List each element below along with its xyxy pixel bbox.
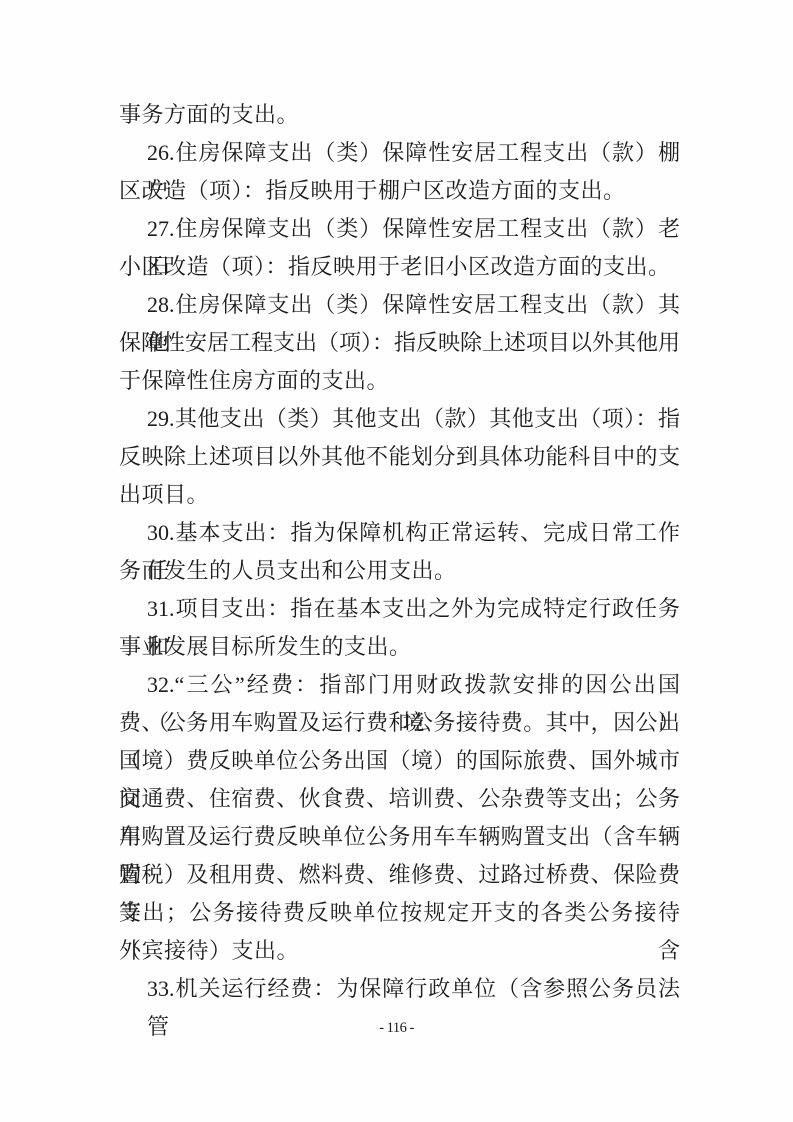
document-text-line: 交通费、住宿费、伙食费、培训费、公杂费等支出；公务用 xyxy=(119,780,680,818)
document-text-line: 32.“三公”经费：指部门用财政拨款安排的因公出国（境） xyxy=(119,666,680,704)
document-text-line: 31.项目支出：指在基本支出之外为完成特定行政任务和 xyxy=(119,590,680,628)
document-text-line: 反映除上述项目以外其他不能划分到具体功能科目中的支 xyxy=(119,438,680,476)
document-text-line: 27.住房保障支出（类）保障性安居工程支出（款）老旧 xyxy=(119,210,680,248)
document-text-line: 于保障性住房方面的支出。 xyxy=(119,362,680,400)
document-text-line: 事业发展目标所发生的支出。 xyxy=(119,628,680,666)
document-text-line: 29.其他支出（类）其他支出（款）其他支出（项）：指 xyxy=(119,400,680,438)
document-text-line: 26.住房保障支出（类）保障性安居工程支出（款）棚户 xyxy=(119,134,680,172)
document-text-line: 车购置及运行费反映单位公务用车车辆购置支出（含车辆购 xyxy=(119,818,680,856)
document-text-line: 28.住房保障支出（类）保障性安居工程支出（款）其他 xyxy=(119,286,680,324)
document-text-line: 30.基本支出：指为保障机构正常运转、完成日常工作任 xyxy=(119,514,680,552)
document-text-line: 小区改造（项）：指反映用于老旧小区改造方面的支出。 xyxy=(119,248,680,286)
document-text-line: 区改造（项）：指反映用于棚户区改造方面的支出。 xyxy=(119,172,680,210)
document-page: 事务方面的支出。26.住房保障支出（类）保障性安居工程支出（款）棚户区改造（项）… xyxy=(0,0,793,1122)
document-text-line: 33.机关运行经费：为保障行政单位（含参照公务员法管 xyxy=(119,970,680,1008)
document-text-line: 支出；公务接待费反映单位按规定开支的各类公务接待（含 xyxy=(119,894,680,932)
document-text-line: （境）费反映单位公务出国（境）的国际旅费、国外城市间 xyxy=(119,742,680,780)
page-number: - 116 - xyxy=(0,1020,793,1037)
document-text-line: 保障性安居工程支出（项）：指反映除上述项目以外其他用 xyxy=(119,324,680,362)
document-text-line: 费、公务用车购置及运行费和公务接待费。其中，因公出国 xyxy=(119,704,680,742)
document-text-body: 事务方面的支出。26.住房保障支出（类）保障性安居工程支出（款）棚户区改造（项）… xyxy=(119,96,680,1008)
document-text-line: 务而发生的人员支出和公用支出。 xyxy=(119,552,680,590)
document-text-line: 置税）及租用费、燃料费、维修费、过路过桥费、保险费等 xyxy=(119,856,680,894)
document-text-line: 事务方面的支出。 xyxy=(119,96,680,134)
document-text-line: 出项目。 xyxy=(119,476,680,514)
